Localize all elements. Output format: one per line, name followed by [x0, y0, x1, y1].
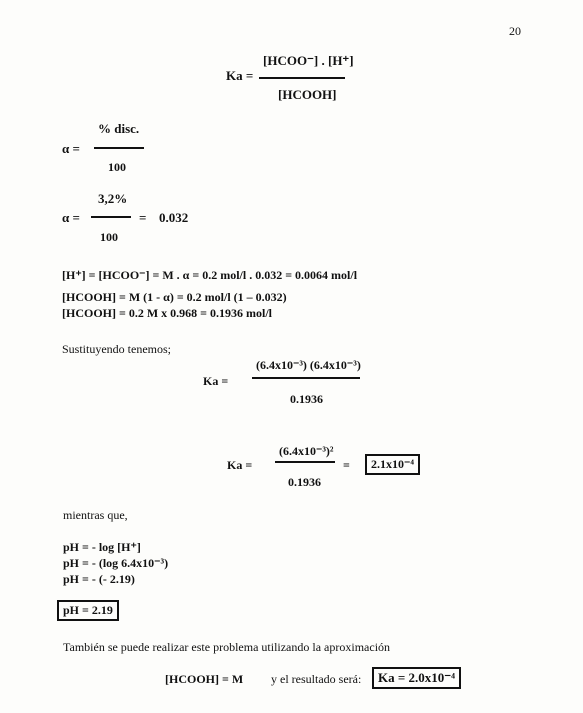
- ph-line-3: pH = - (- 2.19): [63, 572, 135, 587]
- ph-result-box: pH = 2.19: [57, 600, 119, 621]
- substituting-text: Sustituyendo tenemos;: [62, 342, 171, 357]
- approx-result-box: Ka = 2.0x10⁻⁴: [372, 667, 461, 689]
- ph-line-2: pH = - (log 6.4x10⁻³): [63, 556, 168, 571]
- equals-sign: =: [343, 458, 350, 473]
- h-concentration-line: [H⁺] = [HCOO⁻] = M . α = 0.2 mol/l . 0.0…: [62, 268, 357, 283]
- alpha-value-numerator: 3,2%: [98, 191, 127, 207]
- alpha-label: α =: [62, 141, 80, 157]
- fraction-bar: [275, 461, 335, 463]
- alpha-result: 0.032: [159, 210, 188, 226]
- approximation: [HCOOH] = M: [165, 672, 243, 687]
- fraction-bar: [252, 377, 360, 379]
- ka-label: Ka =: [226, 68, 253, 84]
- alpha-value-label: α =: [62, 210, 80, 226]
- also-text: También se puede realizar este problema …: [63, 640, 390, 655]
- ka-sq-numerator: (6.4x10⁻³)²: [279, 444, 334, 459]
- page-number: 20: [509, 24, 521, 39]
- ka-sub-denominator: 0.1936: [290, 392, 323, 407]
- ph-line-1: pH = - log [H⁺]: [63, 540, 141, 555]
- ka-denominator: [HCOOH]: [278, 87, 337, 103]
- ka-sub-numerator: (6.4x10⁻³) (6.4x10⁻³): [256, 358, 361, 373]
- alpha-value-denominator: 100: [100, 230, 118, 245]
- fraction-bar: [94, 147, 144, 149]
- ka-sub-label: Ka =: [203, 374, 228, 389]
- ka-numerator: [HCOO⁻] . [H⁺]: [263, 53, 354, 69]
- hcooh-line-2: [HCOOH] = 0.2 M x 0.968 = 0.1936 mol/l: [62, 306, 272, 321]
- hcooh-line-1: [HCOOH] = M (1 - α) = 0.2 mol/l (1 – 0.0…: [62, 290, 287, 305]
- ka-sq-label: Ka =: [227, 458, 252, 473]
- equals-sign: =: [139, 210, 146, 226]
- fraction-bar: [91, 216, 131, 218]
- fraction-bar: [259, 77, 345, 79]
- ka-result-box: 2.1x10⁻⁴: [365, 454, 420, 475]
- alpha-denominator: 100: [108, 160, 126, 175]
- alpha-numerator: % disc.: [98, 121, 139, 137]
- ka-sq-denominator: 0.1936: [288, 475, 321, 490]
- while-text: mientras que,: [63, 508, 128, 523]
- result-text: y el resultado será:: [271, 672, 361, 687]
